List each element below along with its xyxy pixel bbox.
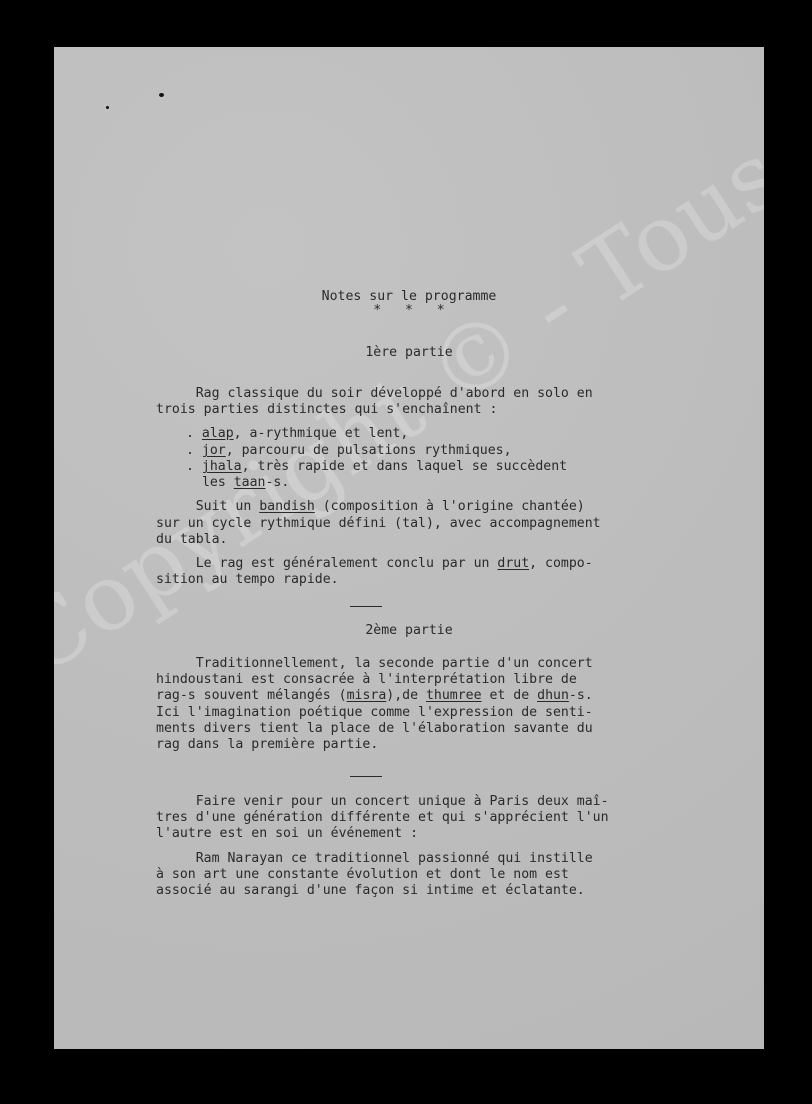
title-stars: * * * xyxy=(54,303,764,320)
part2-line5: ments divers tient la place de l'élabora… xyxy=(156,721,593,738)
part1-intro-line1: Rag classique du soir développé d'abord … xyxy=(156,386,593,403)
list-item-alap: . alap, a-rythmique et lent, xyxy=(186,426,408,443)
part2-heading: 2ème partie xyxy=(54,623,764,640)
part3-para2-line2: à son art une constante évolution et don… xyxy=(156,867,569,884)
part2-line3: rag-s souvent mélangés (misra),de thumre… xyxy=(156,688,593,705)
part3-para1-line3: l'autre est en soi un événement : xyxy=(156,826,418,843)
drut-line1: Le rag est généralement conclu par un dr… xyxy=(156,556,593,573)
scan-speck xyxy=(106,106,109,109)
bandish-line1: Suit un bandish (composition à l'origine… xyxy=(156,499,585,516)
drut-line2: sition au tempo rapide. xyxy=(156,572,339,589)
list-item-jor: . jor, parcouru de pulsations rythmiques… xyxy=(186,443,512,460)
part1-heading: 1ère partie xyxy=(54,345,764,362)
bandish-line2: sur un cycle rythmique défini (tal), ave… xyxy=(156,516,601,533)
part3-para2-line1: Ram Narayan ce traditionnel passionné qu… xyxy=(156,851,593,868)
part1-intro-line2: trois parties distinctes qui s'enchaînen… xyxy=(156,402,497,419)
copyright-watermark: Copyright © - Tous droits réservés xyxy=(54,62,764,696)
part2-line6: rag dans la première partie. xyxy=(156,737,378,754)
part2-line1: Traditionnellement, la seconde partie d'… xyxy=(156,656,593,673)
scan-speck xyxy=(159,93,164,97)
document-page: Copyright © - Tous droits réservés Notes… xyxy=(54,47,764,1049)
list-item-jhala-cont: les taan-s. xyxy=(194,475,289,492)
list-item-jhala: . jhala, très rapide et dans laquel se s… xyxy=(186,459,567,476)
part3-para1-line1: Faire venir pour un concert unique à Par… xyxy=(156,794,609,811)
bandish-line3: du tabla. xyxy=(156,532,227,549)
part2-line2: hindoustani est consacrée à l'interpréta… xyxy=(156,672,577,689)
section-divider xyxy=(350,606,382,607)
section-divider xyxy=(350,776,382,777)
part2-line4: Ici l'imagination poétique comme l'expre… xyxy=(156,705,593,722)
part3-para1-line2: tres d'une génération différente et qui … xyxy=(156,810,609,827)
part3-para2-line3: associé au sarangi d'une façon si intime… xyxy=(156,883,585,900)
